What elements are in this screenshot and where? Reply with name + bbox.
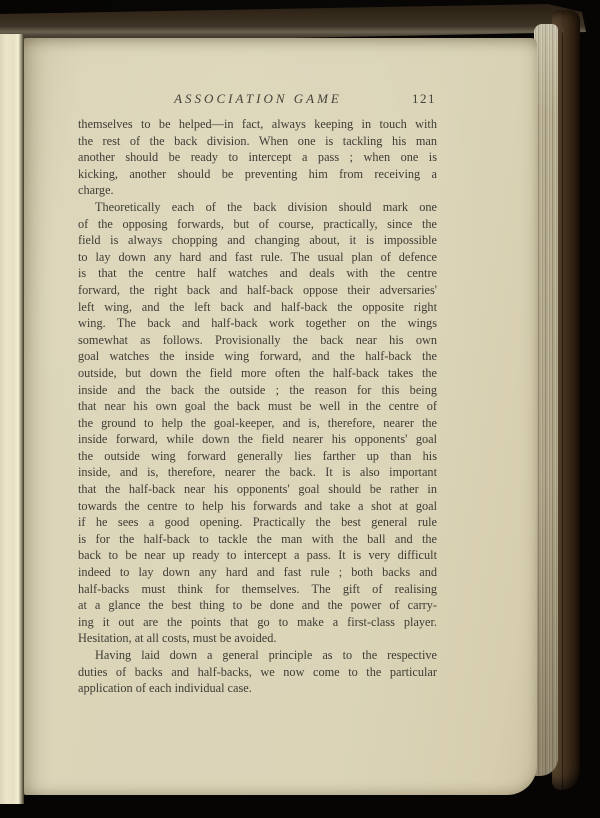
facing-page-edge [0,34,24,804]
text-line: somewhat as follows. Provisionally the b… [78,332,437,349]
text-line: outside, but down the field more often t… [78,365,437,382]
page-stack-fore-edge [534,24,558,776]
text-line: application of each individual case. [78,680,437,697]
text-line: half-backs must think for themselves. Th… [78,581,437,598]
book-scan: ASSOCIATION GAME 121 themselves to be he… [0,0,600,818]
text-line: to lay down any hard and fast rule. The … [78,249,437,266]
text-line: another should be ready to intercept a p… [78,149,437,166]
page-header: ASSOCIATION GAME 121 [78,90,438,108]
text-line: forward, the right back and half-back op… [78,282,437,299]
text-line: Hesitation, at all costs, must be avoide… [78,630,437,647]
text-line: left wing, and the left back and half-ba… [78,299,437,316]
text-line: if he sees a good opening. Practically t… [78,514,437,531]
text-line: back to be near up ready to intercept a … [78,547,437,564]
text-line: ing it out are the points that go to mak… [78,614,437,631]
text-line: duties of backs and half-backs, we now c… [78,664,437,681]
text-line: inside and the back the outside ; the re… [78,382,437,399]
text-line: field is always chopping and changing ab… [78,232,437,249]
text-line: kicking, another should be preventing hi… [78,166,437,183]
text-line: of the opposing forwards, but of course,… [78,216,437,233]
text-line: charge. [78,182,437,199]
page-number: 121 [412,91,436,107]
text-line: indeed to lay down any hard and fast rul… [78,564,437,581]
book-page: ASSOCIATION GAME 121 themselves to be he… [24,38,537,795]
text-line: that the half-back near his opponents' g… [78,481,437,498]
body-text: themselves to be helped—in fact, always … [78,116,437,697]
text-line: Having laid down a general principle as … [78,647,437,664]
text-line: themselves to be helped—in fact, always … [78,116,437,133]
text-line: towards the centre to help his forwards … [78,498,437,515]
running-title: ASSOCIATION GAME [174,91,342,106]
text-line: at a glance the best thing to be done an… [78,597,437,614]
text-line: the outside wing forward generally lies … [78,448,437,465]
text-line: Theoretically each of the back division … [78,199,437,216]
text-line: the ground to help the goal-keeper, and … [78,415,437,432]
text-line: inside forward, while down the field nea… [78,431,437,448]
text-line: goal watches the inside wing forward, an… [78,348,437,365]
text-line: inside, and is, therefore, nearer the ba… [78,464,437,481]
text-line: that near his own goal the back must be … [78,398,437,415]
text-line: is for the half-back to tackle the man w… [78,531,437,548]
text-line: wing. The back and half-back work togeth… [78,315,437,332]
text-line: is that the centre half watches and deal… [78,265,437,282]
text-line: the rest of the back division. When one … [78,133,437,150]
